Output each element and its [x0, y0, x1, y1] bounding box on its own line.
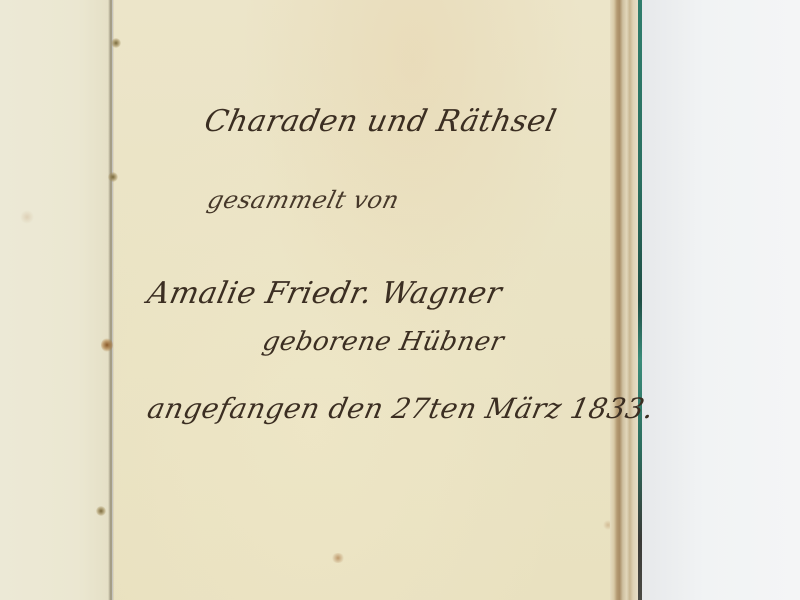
- title-line: Charaden und Räthsel: [201, 104, 559, 139]
- binding-stitch: [96, 506, 106, 516]
- white-background: [640, 0, 800, 600]
- green-cover-edge: [638, 0, 642, 600]
- author-name-line: Amalie Friedr. Wagner: [144, 276, 505, 311]
- binding-stitch: [111, 38, 121, 48]
- foxing-spot: [331, 553, 345, 563]
- maiden-name-line: geborene Hübner: [260, 327, 507, 357]
- binding-gutter: [108, 0, 114, 600]
- collected-by-line: gesammelt von: [205, 186, 403, 214]
- date-line: angefangen den 27ten März 1833.: [144, 392, 657, 425]
- manuscript-photo: Charaden und Räthsel gesammelt von Amali…: [0, 0, 800, 600]
- binding-stitch: [101, 338, 113, 352]
- binding-stitch: [108, 172, 118, 182]
